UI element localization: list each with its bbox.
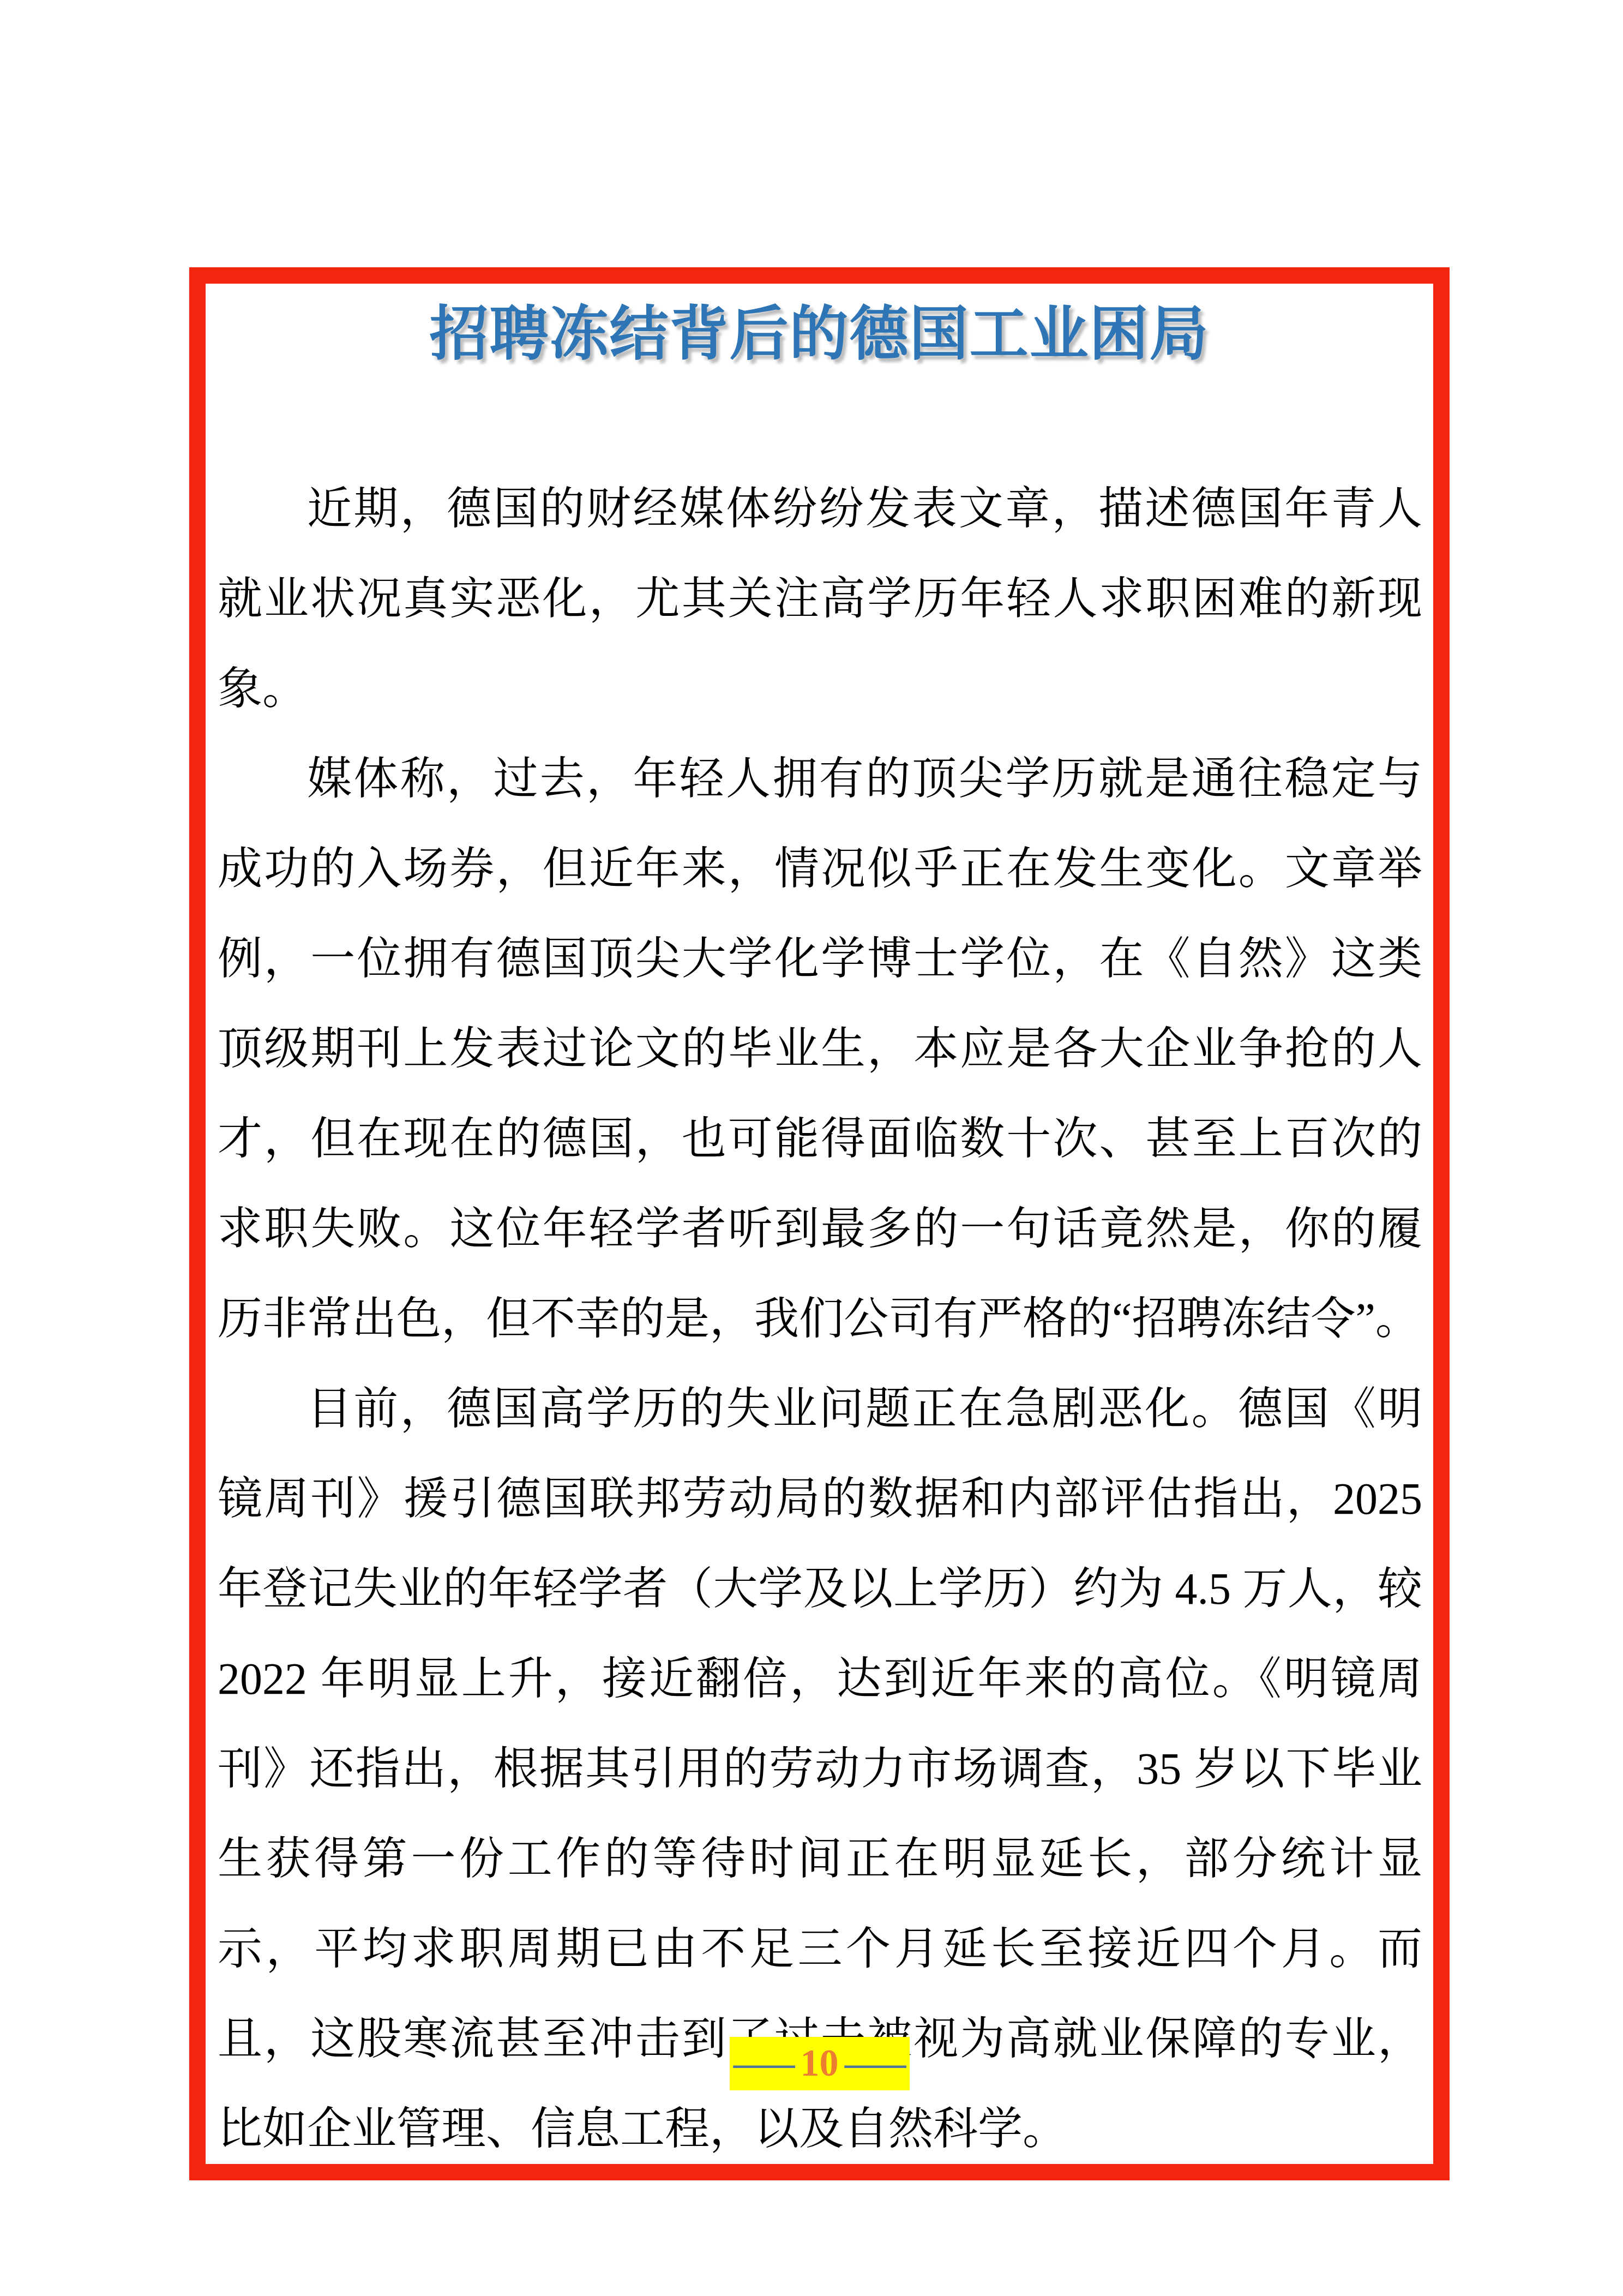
- footer-dash-right: —: [829, 2046, 921, 2082]
- article-body: 近期，德国的财经媒体纷纷发表文章，描述德国年青人就业状况真实恶化，尤其关注高学历…: [218, 464, 1422, 2174]
- document-page: { "article": { "title": "招聘冻结背后的德国工业困局",…: [0, 0, 1623, 2296]
- paragraph-2: 媒体称，过去，年轻人拥有的顶尖学历就是通往稳定与成功的入场券，但近年来，情况似乎…: [218, 734, 1422, 1364]
- paragraph-1: 近期，德国的财经媒体纷纷发表文章，描述德国年青人就业状况真实恶化，尤其关注高学历…: [218, 464, 1422, 734]
- red-border-frame: 招聘冻结背后的德国工业困局 近期，德国的财经媒体纷纷发表文章，描述德国年青人就业…: [189, 267, 1450, 2180]
- page-number-footer: — 10 —: [730, 2037, 910, 2090]
- article-title: 招聘冻结背后的德国工业困局: [206, 298, 1433, 371]
- footer-dash-left: —: [718, 2046, 809, 2082]
